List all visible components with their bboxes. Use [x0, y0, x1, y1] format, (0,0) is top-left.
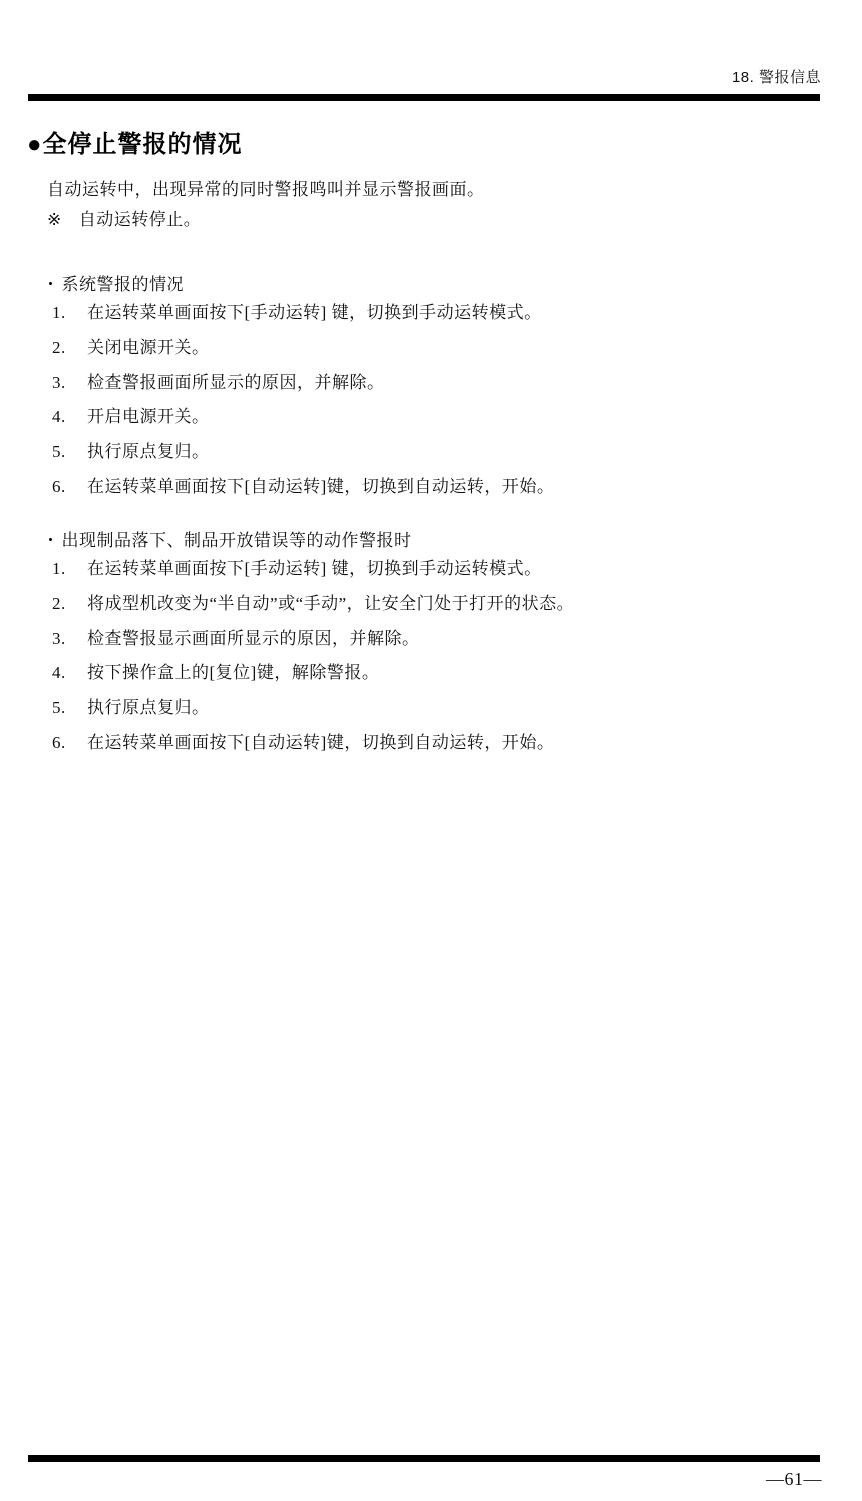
step-number: 2.: [52, 331, 87, 366]
step-item: 6.在运转菜单画面按下[自动运转]键，切换到自动运转，开始。: [0, 726, 862, 761]
step-number: 5.: [52, 691, 87, 726]
group-title-action-alarm: ・出现制品落下、制品开放错误等的动作警报时: [42, 526, 412, 551]
step-text: 检查警报显示画面所显示的原因，并解除。: [87, 622, 420, 657]
bullet-icon: ・: [42, 526, 60, 551]
step-text: 在运转菜单画面按下[手动运转] 键，切换到手动运转模式。: [87, 552, 542, 587]
step-item: 2.将成型机改变为“半自动”或“手动”，让安全门处于打开的状态。: [0, 587, 862, 622]
step-number: 1.: [52, 552, 87, 587]
step-number: 4.: [52, 400, 87, 435]
step-item: 1.在运转菜单画面按下[手动运转] 键，切换到手动运转模式。: [0, 552, 862, 587]
step-text: 在运转菜单画面按下[自动运转]键，切换到自动运转，开始。: [87, 470, 554, 505]
step-text: 将成型机改变为“半自动”或“手动”，让安全门处于打开的状态。: [87, 587, 574, 622]
step-number: 3.: [52, 366, 87, 401]
step-number: 3.: [52, 622, 87, 657]
step-text: 开启电源开关。: [87, 400, 210, 435]
step-item: 1.在运转菜单画面按下[手动运转] 键，切换到手动运转模式。: [0, 296, 862, 331]
step-item: 3.检查警报画面所显示的原因，并解除。: [0, 366, 862, 401]
step-text: 执行原点复归。: [87, 435, 210, 470]
page-number: —61—: [766, 1469, 822, 1490]
step-item: 4.按下操作盒上的[复位]键，解除警报。: [0, 656, 862, 691]
step-item: 5.执行原点复归。: [0, 435, 862, 470]
step-number: 4.: [52, 656, 87, 691]
step-item: 6.在运转菜单画面按下[自动运转]键，切换到自动运转，开始。: [0, 470, 862, 505]
action-alarm-steps: 1.在运转菜单画面按下[手动运转] 键，切换到手动运转模式。 2.将成型机改变为…: [0, 552, 862, 761]
step-item: 2.关闭电源开关。: [0, 331, 862, 366]
step-number: 5.: [52, 435, 87, 470]
group-title-text: 系统警报的情况: [62, 275, 185, 294]
note-text: 自动运转停止。: [79, 210, 202, 229]
step-number: 1.: [52, 296, 87, 331]
header-rule: [28, 94, 820, 101]
step-item: 4.开启电源开关。: [0, 400, 862, 435]
section-title: ●全停止警报的情况: [27, 124, 243, 159]
step-text: 关闭电源开关。: [87, 331, 210, 366]
footer-rule: [28, 1455, 820, 1462]
step-text: 在运转菜单画面按下[手动运转] 键，切换到手动运转模式。: [87, 296, 542, 331]
manual-page: 18. 警报信息 ●全停止警报的情况 自动运转中，出现异常的同时警报鸣叫并显示警…: [0, 0, 862, 1501]
step-number: 6.: [52, 470, 87, 505]
step-item: 3.检查警报显示画面所显示的原因，并解除。: [0, 622, 862, 657]
group-title-text: 出现制品落下、制品开放错误等的动作警报时: [62, 531, 412, 550]
intro-paragraph: 自动运转中，出现异常的同时警报鸣叫并显示警报画面。: [47, 175, 485, 200]
step-text: 按下操作盒上的[复位]键，解除警报。: [87, 656, 379, 691]
chapter-header: 18. 警报信息: [732, 66, 821, 87]
note-marker: ※: [47, 210, 62, 230]
step-item: 5.执行原点复归。: [0, 691, 862, 726]
step-text: 执行原点复归。: [87, 691, 210, 726]
group-title-system-alarm: ・系统警报的情况: [42, 270, 184, 295]
system-alarm-steps: 1.在运转菜单画面按下[手动运转] 键，切换到手动运转模式。 2.关闭电源开关。…: [0, 296, 862, 505]
bullet-icon: ・: [42, 270, 60, 295]
step-number: 2.: [52, 587, 87, 622]
step-text: 在运转菜单画面按下[自动运转]键，切换到自动运转，开始。: [87, 726, 554, 761]
step-text: 检查警报画面所显示的原因，并解除。: [87, 366, 385, 401]
step-number: 6.: [52, 726, 87, 761]
note-line: ※自动运转停止。: [47, 205, 201, 230]
